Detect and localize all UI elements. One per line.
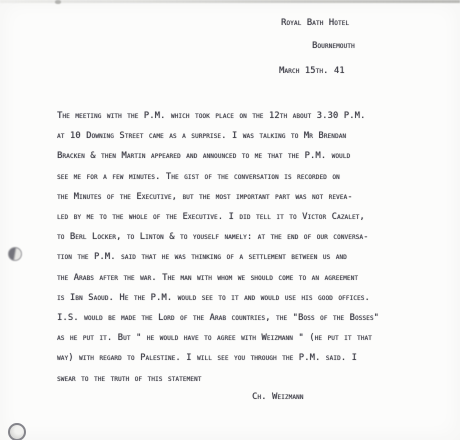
letterhead-city: Bournemouth bbox=[312, 41, 355, 51]
letter-body-text: The meeting with the P.M. which took pla… bbox=[57, 106, 379, 389]
letter-date: March 15th. 41 bbox=[279, 66, 345, 76]
punch-hole-bottom bbox=[8, 423, 26, 440]
signature: Ch. Weizmann bbox=[252, 392, 304, 402]
letter-page: Royal Bath Hotel Bournemouth March 15th.… bbox=[0, 0, 460, 440]
scan-speck bbox=[55, 0, 61, 4]
letterhead-hotel-name: Royal Bath Hotel bbox=[281, 18, 349, 28]
punch-hole-top bbox=[8, 247, 22, 261]
scan-top-edge bbox=[0, 0, 460, 3]
